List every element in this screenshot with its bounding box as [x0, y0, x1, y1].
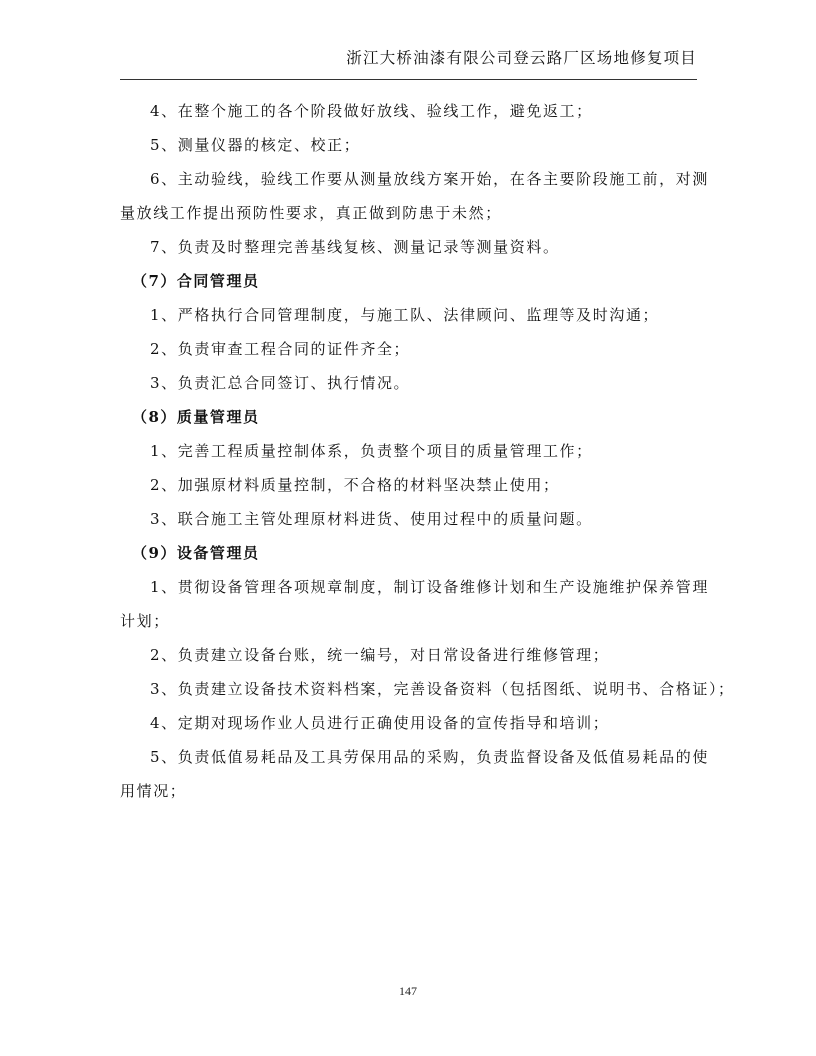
paragraph: 2、加强原材料质量控制，不合格的材料坚决禁止使用；	[120, 468, 697, 502]
document-header-title: 浙江大桥油漆有限公司登云路厂区场地修复项目	[120, 46, 697, 68]
paragraph: 2、负责建立设备台账，统一编号，对日常设备进行维修管理；	[120, 638, 697, 672]
paragraph: 3、联合施工主管处理原材料进货、使用过程中的质量问题。	[120, 502, 697, 536]
paragraph: 7、负责及时整理完善基线复核、测量记录等测量资料。	[120, 230, 697, 264]
section-heading-quality-manager: （8）质量管理员	[120, 400, 697, 434]
paragraph-continuation: 用情况；	[120, 774, 697, 808]
paragraph: 5、负责低值易耗品及工具劳保用品的采购，负责监督设备及低值易耗品的使	[120, 740, 697, 774]
header-divider	[120, 79, 697, 80]
paragraph: 3、负责汇总合同签订、执行情况。	[120, 366, 697, 400]
section-heading-equipment-manager: （9）设备管理员	[120, 536, 697, 570]
paragraph: 6、主动验线，验线工作要从测量放线方案开始，在各主要阶段施工前，对测	[120, 162, 697, 196]
page-number: 147	[0, 984, 816, 999]
paragraph: 5、测量仪器的核定、校正；	[120, 128, 697, 162]
paragraph: 1、贯彻设备管理各项规章制度，制订设备维修计划和生产设施维护保养管理	[120, 570, 697, 604]
paragraph: 4、定期对现场作业人员进行正确使用设备的宣传指导和培训；	[120, 706, 697, 740]
paragraph: 4、在整个施工的各个阶段做好放线、验线工作，避免返工；	[120, 94, 697, 128]
paragraph: 1、完善工程质量控制体系，负责整个项目的质量管理工作；	[120, 434, 697, 468]
paragraph-continuation: 量放线工作提出预防性要求，真正做到防患于未然；	[120, 196, 697, 230]
document-body: 4、在整个施工的各个阶段做好放线、验线工作，避免返工； 5、测量仪器的核定、校正…	[120, 94, 697, 808]
paragraph: 2、负责审查工程合同的证件齐全；	[120, 332, 697, 366]
paragraph: 1、严格执行合同管理制度，与施工队、法律顾问、监理等及时沟通；	[120, 298, 697, 332]
section-heading-contract-manager: （7）合同管理员	[120, 264, 697, 298]
paragraph: 3、负责建立设备技术资料档案，完善设备资料（包括图纸、说明书、合格证）；	[120, 672, 697, 706]
paragraph-continuation: 计划；	[120, 604, 697, 638]
